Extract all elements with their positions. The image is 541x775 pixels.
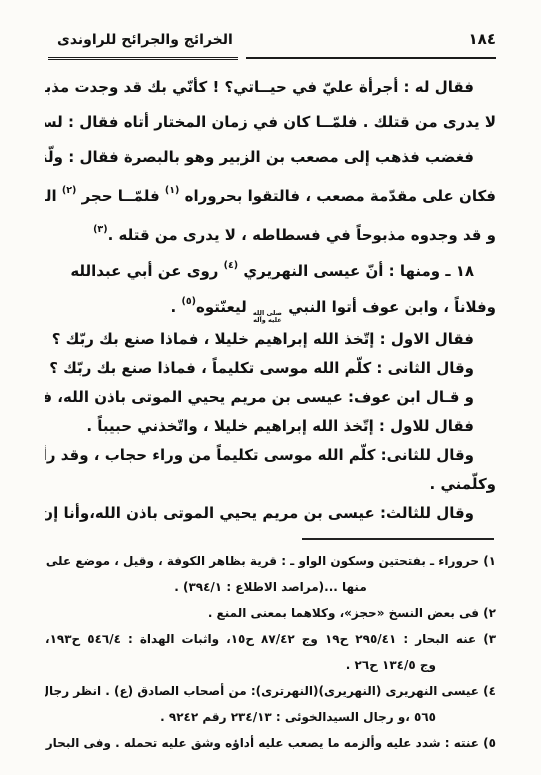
text-run: لا يدرى من قتلك . فلمّــا كان في زمان ال…	[45, 113, 496, 131]
paragraph: ١٨ ـ ومنها : أنّ عيسى النهريري (٤) روى ع…	[45, 253, 496, 325]
header-rule-right-segment	[246, 57, 496, 59]
footnote: ١) حروراء ـ بفتحتين وسكون الواو ـ : قرية…	[45, 548, 496, 600]
paragraph: وقال للثالث: عيسى بن مريم يحيي الموتى با…	[45, 499, 496, 528]
main-text: فقال له : أجرأة عليّ في حيــاتي؟ ! كأنّي…	[45, 70, 496, 528]
footnote: ٤) عيسى النهريرى (النهريرى)(النهرترى): م…	[45, 678, 496, 730]
honorific-line: السلام	[45, 281, 64, 288]
text-line: لا يدرى من قتلك . فلمّــا كان في زمان ال…	[45, 105, 496, 140]
text-line: ٢) فى بعض النسخ «حجز»، وكلاهما بمعنى الم…	[45, 600, 496, 626]
text-line: فكان على مقدّمة مصعب ، فالتقوا بحروراه (…	[45, 175, 496, 214]
text-run: وفلاناً ، وابن عوف أتوا النبي	[283, 298, 496, 316]
text-run: ٤) عيسى النهريرى (النهريرى)(النهرترى): م…	[45, 684, 496, 698]
text-run: منها ...(مراصد الاطلاع : ٣٩٤/١) .	[174, 580, 367, 594]
text-run: و قـال ابن عوف: عيسى بن مريم يحيي الموتى…	[45, 388, 474, 406]
text-run: فقال الاول : إتّخذ الله إبراهيم خليلا ، …	[52, 330, 474, 348]
footnote-ref: (٢)	[62, 185, 77, 196]
text-line: ٣) عنه البحار : ٢٩٥/٤١ ح١٩ وج ٨٧/٤٢ ح١٥،…	[45, 626, 496, 652]
footnote-ref: (٤)	[224, 260, 239, 271]
text-run: ٢) فى بعض النسخ «حجز»، وكلاهما بمعنى الم…	[208, 606, 496, 620]
footnote: ٢) فى بعض النسخ «حجز»، وكلاهما بمعنى الم…	[45, 600, 496, 626]
text-run: ليعنّتوه	[196, 298, 252, 316]
text-line: فقال له : أجرأة عليّ في حيــاتي؟ ! كأنّي…	[45, 70, 496, 105]
text-run: وج ١٣٤/٥ ح٢٦ .	[346, 658, 436, 672]
text-run: وقال الثانى : كلّم الله موسى تكليماً ، ف…	[49, 359, 474, 377]
text-line: وقال الثانى : كلّم الله موسى تكليماً ، ف…	[45, 354, 496, 383]
text-run: ٥٦٥ ،و رجال السيدالخوئى : ٢٣٤/١٣ رقم ٩٢٤…	[160, 710, 436, 724]
text-line: منها ...(مراصد الاطلاع : ٣٩٤/١) .	[45, 574, 496, 600]
paragraph: فغضب فذهب إلى مصعب بن الزبير وهو بالبصرة…	[45, 140, 496, 253]
text-line: فقال الاول : إتّخذ الله إبراهيم خليلا ، …	[45, 325, 496, 354]
footnote: ٥) عنته : شدد عليه وألزمه ما يصعب عليه أ…	[45, 730, 496, 756]
text-run: فلمّــا حجر	[76, 187, 165, 205]
text-run: ١٨ ـ ومنها : أنّ عيسى النهريري	[238, 262, 474, 280]
text-run: وقال للثانى: كلّم الله موسى تكليماً من و…	[45, 446, 474, 464]
paragraph: فقال الاول : إتّخذ الله إبراهيم خليلا ، …	[45, 325, 496, 354]
footnote-ref: (٥)	[181, 296, 196, 307]
text-line: ١٨ ـ ومنها : أنّ عيسى النهريري (٤) روى ع…	[45, 253, 496, 289]
paragraph: وقال الثانى : كلّم الله موسى تكليماً ، ف…	[45, 354, 496, 383]
text-line: وقال للثالث: عيسى بن مريم يحيي الموتى با…	[45, 499, 496, 528]
text-run: .	[171, 298, 182, 316]
text-run: ١) حروراء ـ بفتحتين وسكون الواو ـ : قرية…	[45, 554, 496, 568]
text-line: و قـال ابن عوف: عيسى بن مريم يحيي الموتى…	[45, 383, 496, 412]
text-run: فكان على مقدّمة مصعب ، فالتقوا بحروراه	[179, 187, 496, 205]
text-run: الليل بينهم أصبحوا	[45, 187, 62, 205]
text-line: وكلّمني .	[45, 470, 496, 499]
text-line: فغضب فذهب إلى مصعب بن الزبير وهو بالبصرة…	[45, 140, 496, 175]
page-header: ١٨٤ الخرائج والجرائح للراوندى	[45, 30, 496, 54]
paragraph: فقال له : أجرأة عليّ في حيــاتي؟ ! كأنّي…	[45, 70, 496, 140]
text-run: ٥) عنته : شدد عليه وألزمه ما يصعب عليه أ…	[45, 736, 496, 750]
footnote-separator	[302, 538, 494, 540]
text-line: وقال للثانى: كلّم الله موسى تكليماً من و…	[45, 441, 496, 470]
text-line: وفلاناً ، وابن عوف أتوا النبي صلى اللهعل…	[45, 289, 496, 325]
text-run: فغضب فذهب إلى مصعب بن الزبير وهو بالبصرة…	[45, 148, 474, 166]
footnote-ref: (١)	[165, 185, 180, 196]
text-line: ٥٦٥ ،و رجال السيدالخوئى : ٢٣٤/١٣ رقم ٩٢٤…	[45, 704, 496, 730]
text-run: فقال للاول : إتّخذ الله إبراهيم خليلا ، …	[86, 417, 474, 435]
text-line: و قد وجدوه مذبوحاً في فسطاطه ، لا يدرى م…	[45, 214, 496, 253]
text-line: ١) حروراء ـ بفتحتين وسكون الواو ـ : قرية…	[45, 548, 496, 574]
honorific-mark: صلى اللهعليه وآله	[253, 310, 282, 325]
book-page: ١٨٤ الخرائج والجرائح للراوندى فقال له : …	[0, 0, 541, 775]
text-run: وكلّمني .	[430, 475, 496, 493]
header-rule-left-segment	[48, 57, 238, 60]
text-line: ٤) عيسى النهريرى (النهريرى)(النهرترى): م…	[45, 678, 496, 704]
paragraph: و قـال ابن عوف: عيسى بن مريم يحيي الموتى…	[45, 383, 496, 412]
footnotes: ١) حروراء ـ بفتحتين وسكون الواو ـ : قرية…	[45, 548, 496, 756]
text-line: ٥) عنته : شدد عليه وألزمه ما يصعب عليه أ…	[45, 730, 496, 756]
book-title: الخرائج والجرائح للراوندى	[57, 32, 233, 48]
header-rule	[45, 57, 496, 61]
paragraph: وقال للثانى: كلّم الله موسى تكليماً من و…	[45, 441, 496, 499]
text-line: فقال للاول : إتّخذ الله إبراهيم خليلا ، …	[45, 412, 496, 441]
text-run: ٣) عنه البحار : ٢٩٥/٤١ ح١٩ وج ٨٧/٤٢ ح١٥،…	[45, 632, 496, 646]
footnote: ٣) عنه البحار : ٢٩٥/٤١ ح١٩ وج ٨٧/٤٢ ح١٥،…	[45, 626, 496, 678]
text-line: وج ١٣٤/٥ ح٢٦ .	[45, 652, 496, 678]
footnote-ref: (٣)	[93, 224, 108, 235]
text-run: و قد وجدوه مذبوحاً في فسطاطه ، لا يدرى م…	[108, 226, 496, 244]
text-run: روى عن أبي عبدالله	[65, 262, 224, 280]
paragraph: فقال للاول : إتّخذ الله إبراهيم خليلا ، …	[45, 412, 496, 441]
text-run: فقال له : أجرأة عليّ في حيــاتي؟ ! كأنّي…	[45, 78, 474, 96]
honorific-line: عليه	[45, 274, 60, 281]
text-run: وقال للثالث: عيسى بن مريم يحيي الموتى با…	[45, 504, 474, 522]
honorific-mark: عليهالسلام	[45, 274, 64, 289]
honorific-line: عليه وآله	[253, 317, 282, 324]
page-number: ١٨٤	[469, 30, 496, 48]
